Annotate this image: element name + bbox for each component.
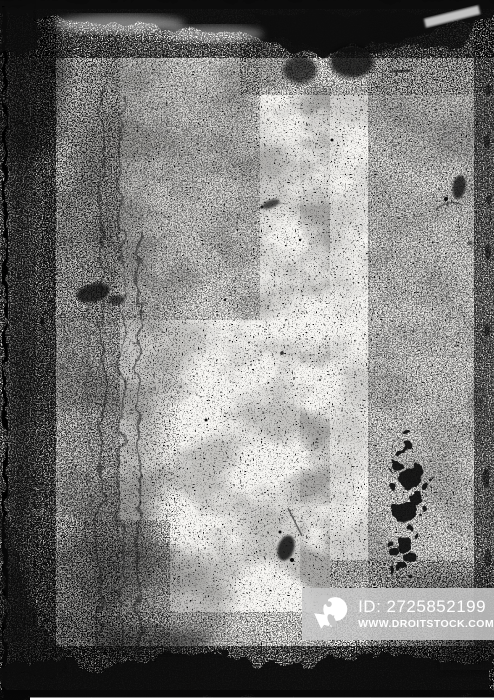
watermark-text-block: ID: 2725852199 WWW.DROITSTOCK.COM: [358, 598, 494, 630]
stock-photo-canvas: ID: 2725852199 WWW.DROITSTOCK.COM: [0, 0, 494, 700]
logo-eye: [326, 601, 332, 607]
watermark-website-text: WWW.DROITSTOCK.COM: [358, 619, 494, 630]
watermark-badge: ID: 2725852199 WWW.DROITSTOCK.COM: [302, 588, 494, 640]
droitstock-chameleon-logo-icon: [312, 589, 350, 639]
watermark-id-text: ID: 2725852199: [358, 598, 494, 615]
